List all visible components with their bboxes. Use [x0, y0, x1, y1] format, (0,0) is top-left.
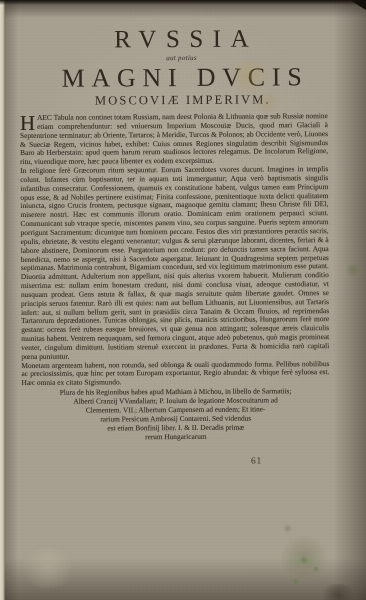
page-number: 61: [251, 457, 262, 467]
drop-cap: H: [20, 114, 37, 132]
scanned-book-photo: RVSSIA aut potius MAGNI DVCIS MOSCOVIÆ I…: [0, 0, 366, 600]
photo-corner-shadow: [350, 0, 366, 10]
colophon-line: rerum Hungaricarum: [22, 431, 330, 442]
title-block: RVSSIA aut potius MAGNI DVCIS MOSCOVIÆ I…: [16, 0, 347, 108]
page-edge-left: [0, 0, 5, 600]
paragraph-2: In religione ferè Græcorum ritum sequunt…: [20, 165, 329, 361]
title-line-moscoviae: MOSCOVIÆ IMPERIVM.: [17, 92, 347, 108]
page-title: RVSSIA: [16, 26, 346, 54]
colophon: Plura de his Regionibus habes apud Mathi…: [22, 386, 330, 442]
paragraph-3: Monetam argenteam habent, non rotunda, s…: [21, 360, 329, 388]
book-page: RVSSIA aut potius MAGNI DVCIS MOSCOVIÆ I…: [0, 0, 366, 600]
paragraph-1: HAEC Tabula non continet totam Russiam, …: [20, 112, 328, 167]
photo-edge-top: [0, 0, 366, 5]
body-text: HAEC Tabula non continet totam Russiam, …: [20, 112, 330, 388]
title-line-magni-ducis: MAGNI DVCIS: [17, 63, 347, 92]
paragraph-1-text: AEC Tabula non continet totam Russiam, n…: [20, 111, 328, 166]
